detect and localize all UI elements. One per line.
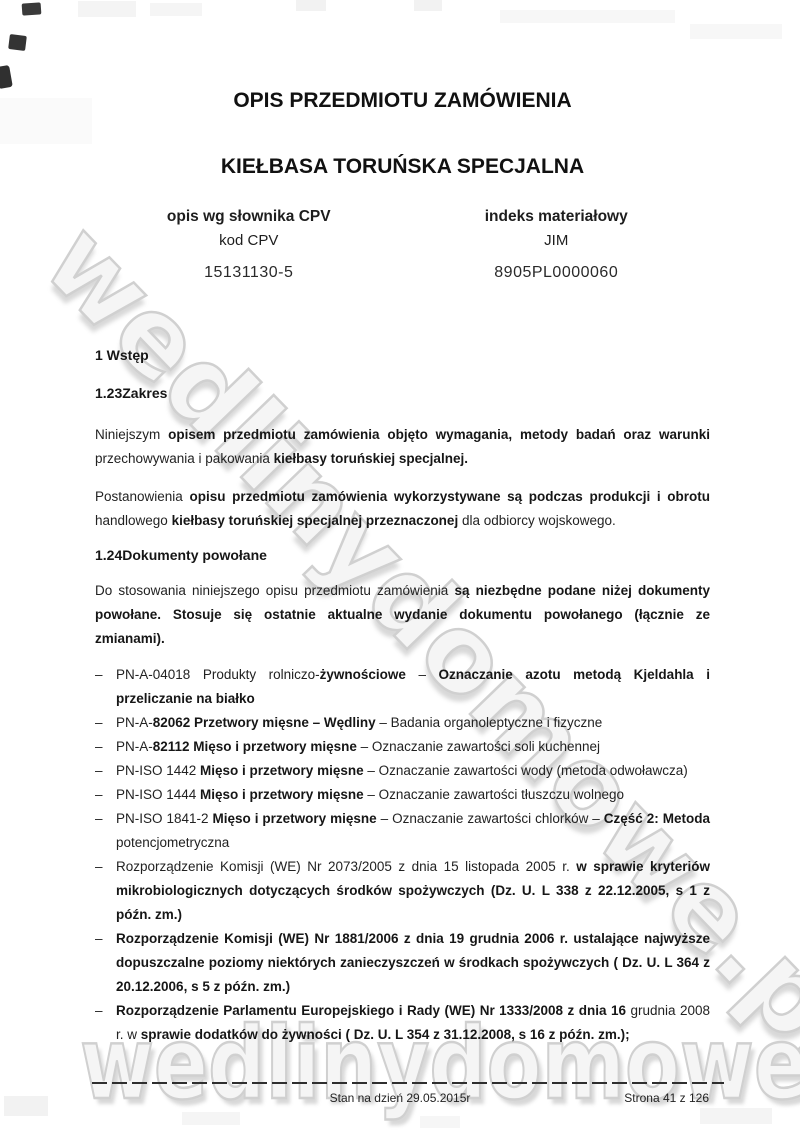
text-segment: PN-A-04018 Produkty rolniczo- bbox=[116, 667, 320, 682]
dash-bullet: – bbox=[95, 759, 103, 783]
jim-column: indeks materiałowy JIM 8905PL0000060 bbox=[403, 208, 711, 283]
text-segment: Rozporządzenie Parlamentu Europejskiego … bbox=[116, 1003, 626, 1018]
text-segment: handlowego bbox=[95, 513, 172, 528]
text-segment: Rozporządzenie Komisji (WE) Nr 2073/2005… bbox=[116, 859, 576, 874]
cpv-index-block: opis wg słownika CPV kod CPV 15131130-5 … bbox=[95, 208, 710, 283]
text-segment: Mięso i przetwory mięsne bbox=[200, 787, 364, 802]
document-page: wedlinydomowe.pl wedlinydomowe.pl OPIS P… bbox=[0, 0, 800, 1132]
dash-bullet: – bbox=[95, 663, 103, 687]
referenced-document-text: Rozporządzenie Komisji (WE) Nr 1881/2006… bbox=[116, 931, 710, 994]
text-segment: – Oznaczanie zawartości soli kuchennej bbox=[357, 739, 600, 754]
referenced-document-item: – PN-A-82112 Mięso i przetwory mięsne – … bbox=[95, 735, 710, 759]
referenced-document-item: – PN-A-04018 Produkty rolniczo-żywnościo… bbox=[95, 663, 710, 711]
jim-column-sublabel: JIM bbox=[403, 232, 711, 250]
cpv-column-sublabel: kod CPV bbox=[95, 232, 403, 250]
referenced-document-text: PN-ISO 1444 Mięso i przetwory mięsne – O… bbox=[116, 787, 624, 802]
referenced-document-text: Rozporządzenie Komisji (WE) Nr 2073/2005… bbox=[116, 859, 710, 922]
footer-page-number: Strona 41 z 126 bbox=[624, 1091, 709, 1105]
document-content: OPIS PRZEDMIOTU ZAMÓWIENIA KIEŁBASA TORU… bbox=[0, 0, 800, 1132]
section-heading-documents: 1.24Dokumenty powołane bbox=[95, 545, 710, 565]
text-segment: Niniejszym bbox=[95, 427, 168, 442]
document-title: OPIS PRZEDMIOTU ZAMÓWIENIA bbox=[95, 88, 710, 114]
referenced-document-text: PN-A-04018 Produkty rolniczo-żywnościowe… bbox=[116, 667, 710, 706]
dash-bullet: – bbox=[95, 807, 103, 831]
referenced-document-text: PN-ISO 1442 Mięso i przetwory mięsne – O… bbox=[116, 763, 688, 778]
referenced-document-item: – PN-ISO 1444 Mięso i przetwory mięsne –… bbox=[95, 783, 710, 807]
text-segment: opisu przedmiotu zamówienia wykorzystywa… bbox=[189, 489, 710, 504]
dash-bullet: – bbox=[95, 999, 103, 1023]
cpv-code-value: 15131130-5 bbox=[95, 263, 403, 283]
dash-bullet: – bbox=[95, 711, 103, 735]
section-heading-scope: 1.23Zakres bbox=[95, 383, 710, 403]
text-segment: Część 2: Metoda bbox=[604, 811, 710, 826]
text-segment: dla odbiorcy wojskowego. bbox=[458, 513, 616, 528]
referenced-documents-list: – PN-A-04018 Produkty rolniczo-żywnościo… bbox=[95, 663, 710, 1047]
referenced-document-text: PN-ISO 1841-2 Mięso i przetwory mięsne –… bbox=[116, 811, 710, 850]
referenced-document-item: – Rozporządzenie Parlamentu Europejskieg… bbox=[95, 999, 710, 1047]
section-heading-intro: 1 Wstęp bbox=[95, 345, 710, 365]
scope-paragraph: Niniejszym opisem przedmiotu zamówienia … bbox=[95, 423, 710, 471]
referenced-document-text: PN-A-82112 Mięso i przetwory mięsne – Oz… bbox=[116, 739, 600, 754]
text-segment: Rozporządzenie Komisji (WE) Nr 1881/2006… bbox=[116, 931, 710, 994]
footer: Stan na dzień 29.05.2015r Strona 41 z 12… bbox=[0, 1091, 800, 1109]
document-subtitle: KIEŁBASA TORUŃSKA SPECJALNA bbox=[95, 154, 710, 180]
referenced-document-item: – PN-ISO 1442 Mięso i przetwory mięsne –… bbox=[95, 759, 710, 783]
referenced-document-item: – PN-A-82062 Przetwory mięsne – Wędliny … bbox=[95, 711, 710, 735]
text-segment: PN-ISO 1442 bbox=[116, 763, 200, 778]
documents-intro-paragraph: Do stosowania niniejszego opisu przedmio… bbox=[95, 579, 710, 651]
text-segment: – Oznaczanie zawartości chlorków – bbox=[377, 811, 604, 826]
text-segment: Mięso i przetwory mięsne bbox=[200, 763, 364, 778]
text-segment: potencjometryczna bbox=[116, 835, 229, 850]
text-segment: PN-ISO 1841-2 bbox=[116, 811, 212, 826]
text-segment: – Oznaczanie zawartości tłuszczu wolnego bbox=[364, 787, 624, 802]
referenced-document-text: Rozporządzenie Parlamentu Europejskiego … bbox=[116, 1003, 710, 1042]
text-segment: 82062 Przetwory mięsne – Wędliny bbox=[153, 715, 376, 730]
text-segment: PN-A- bbox=[116, 739, 153, 754]
jim-code-value: 8905PL0000060 bbox=[403, 263, 711, 283]
jim-column-header: indeks materiałowy bbox=[403, 208, 711, 226]
referenced-document-item: – Rozporządzenie Komisji (WE) Nr 1881/20… bbox=[95, 927, 710, 999]
text-segment: żywnościowe bbox=[320, 667, 406, 682]
dash-bullet: – bbox=[95, 783, 103, 807]
scope-paragraph: Postanowienia opisu przedmiotu zamówieni… bbox=[95, 485, 710, 533]
text-segment: PN-A- bbox=[116, 715, 153, 730]
referenced-document-text: PN-A-82062 Przetwory mięsne – Wędliny – … bbox=[116, 715, 602, 730]
dash-bullet: – bbox=[95, 855, 103, 879]
text-segment: – Badania organoleptyczne i fizyczne bbox=[376, 715, 603, 730]
referenced-document-item: – PN-ISO 1841-2 Mięso i przetwory mięsne… bbox=[95, 807, 710, 855]
text-segment: – Oznaczanie zawartości wody (metoda odw… bbox=[364, 763, 688, 778]
referenced-document-item: – Rozporządzenie Komisji (WE) Nr 2073/20… bbox=[95, 855, 710, 927]
text-segment: Do stosowania niniejszego opisu przedmio… bbox=[95, 583, 454, 598]
text-segment: kiełbasy toruńskiej specjalnej. bbox=[274, 451, 468, 466]
dash-bullet: – bbox=[95, 927, 103, 951]
cpv-column: opis wg słownika CPV kod CPV 15131130-5 bbox=[95, 208, 403, 283]
text-segment: przechowywania i pakowania bbox=[95, 451, 274, 466]
text-segment: Mięso i przetwory mięsne bbox=[212, 811, 376, 826]
cpv-column-header: opis wg słownika CPV bbox=[95, 208, 403, 226]
text-segment: 82112 Mięso i przetwory mięsne bbox=[153, 739, 357, 754]
dash-bullet: – bbox=[95, 735, 103, 759]
text-segment: kiełbasy toruńskiej specjalnej przeznacz… bbox=[172, 513, 459, 528]
text-segment: PN-ISO 1444 bbox=[116, 787, 200, 802]
text-segment: Postanowienia bbox=[95, 489, 189, 504]
text-segment: – bbox=[406, 667, 439, 682]
footer-divider-line bbox=[92, 1082, 724, 1084]
text-segment: opisem przedmiotu zamówienia objęto wyma… bbox=[168, 427, 710, 442]
text-segment: sprawie dodatków do żywności ( Dz. U. L … bbox=[141, 1027, 630, 1042]
